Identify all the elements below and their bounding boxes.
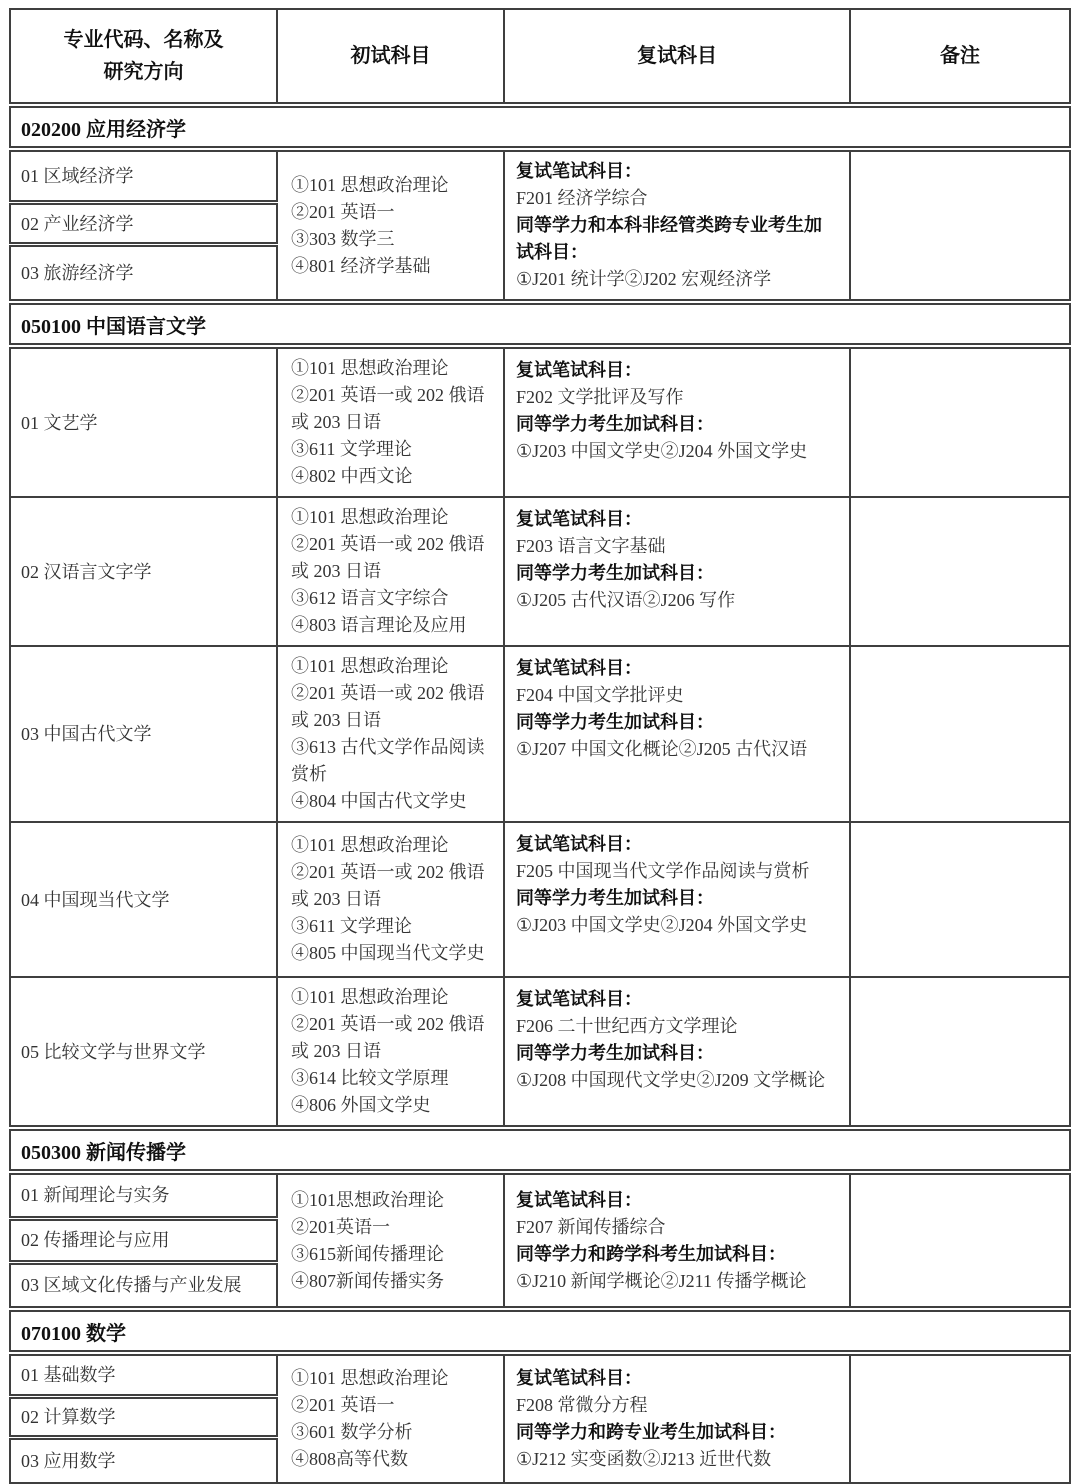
retest-written-label: 复试笔试科目： [516,831,839,858]
direction-cell: 02 计算数学 [10,1396,277,1437]
initial-subjects-cell: ①101 思想政治理论 ②201 英语一或 202 俄语或 203 日语 ③61… [277,977,504,1128]
subject-line: ④806 外国文学史 [291,1092,495,1119]
subject-line: ④803 语言理论及应用 [291,612,495,639]
retest-subjects-cell: 复试笔试科目： F205 中国现当代文学作品阅读与赏析 同等学力考生加试科目： … [504,822,850,977]
retest-addtest-label: 同等学力考生加试科目： [516,560,839,587]
initial-subjects-cell: ①101 思想政治理论 ②201 英语一或 202 俄语或 203 日语 ③61… [277,646,504,822]
section-title-mathematics: 070100 数学 [10,1309,1070,1353]
subject-line: ④802 中西文论 [291,463,495,490]
direction-cell: 02 传播理论与应用 [10,1218,277,1262]
retest-addtest-subjects: ①J205 古代汉语②J206 写作 [516,587,839,614]
retest-subjects-cell: 复试笔试科目： F204 中国文学批评史 同等学力考生加试科目： ①J207 中… [504,646,850,822]
table-row: 03 中国古代文学 ①101 思想政治理论 ②201 英语一或 202 俄语或 … [10,646,1070,822]
direction-cell: 01 新闻理论与实务 [10,1172,277,1218]
retest-addtest-label: 同等学力考生加试科目： [516,411,839,438]
header-major-line2: 研究方向 [12,56,275,88]
subject-line: ①101思想政治理论 [291,1187,495,1214]
initial-subjects-cell: ①101 思想政治理论 ②201 英语一 ③601 数学分析 ④808高等代数 [277,1353,504,1483]
subject-line: ③601 数学分析 [291,1419,495,1446]
retest-written-subject: F205 中国现当代文学作品阅读与赏析 [516,858,839,885]
retest-addtest-subjects: ①J207 中国文化概论②J205 古代汉语 [516,736,839,763]
subject-line: ②201 英语一或 202 俄语或 203 日语 [291,531,495,585]
exam-subjects-table: 专业代码、名称及 研究方向 初试科目 复试科目 备注 020200 应用经济学 … [9,8,1071,1484]
subject-line: ①101 思想政治理论 [291,355,495,382]
remark-cell [850,1353,1070,1483]
block-chinese-literature: 050100 中国语言文学 01 文艺学 ①101 思想政治理论 ②201 英语… [10,302,1070,1128]
retest-addtest-label: 同等学力和本科非经管类跨专业考生加试科目： [516,212,839,266]
subject-line: ③615新闻传播理论 [291,1241,495,1268]
retest-written-label: 复试笔试科目： [516,655,839,682]
initial-subjects-cell: ①101 思想政治理论 ②201 英语一或 202 俄语或 203 日语 ③61… [277,822,504,977]
section-title-literature: 050100 中国语言文学 [10,302,1070,346]
header-major-line1: 专业代码、名称及 [12,24,275,56]
remark-cell [850,1172,1070,1309]
retest-addtest-label: 同等学力考生加试科目： [516,885,839,912]
table-row: 01 新闻理论与实务 ①101思想政治理论 ②201英语一 ③615新闻传播理论… [10,1172,1070,1218]
table-row: 01 基础数学 ①101 思想政治理论 ②201 英语一 ③601 数学分析 ④… [10,1353,1070,1396]
section-title-economics: 020200 应用经济学 [10,105,1070,149]
block-mathematics: 070100 数学 01 基础数学 ①101 思想政治理论 ②201 英语一 ③… [10,1309,1070,1483]
retest-addtest-label: 同等学力考生加试科目： [516,1040,839,1067]
direction-cell: 01 基础数学 [10,1353,277,1396]
retest-written-label: 复试笔试科目： [516,986,839,1013]
subject-line: ①101 思想政治理论 [291,984,495,1011]
subject-line: ①101 思想政治理论 [291,1365,495,1392]
subject-line: ②201 英语一或 202 俄语或 203 日语 [291,680,495,734]
retest-addtest-subjects: ①J203 中国文学史②J204 外国文学史 [516,912,839,939]
direction-cell: 02 汉语言文字学 [10,497,277,646]
subject-line: ③614 比较文学原理 [291,1065,495,1092]
direction-cell: 01 文艺学 [10,346,277,497]
table-row: 05 比较文学与世界文学 ①101 思想政治理论 ②201 英语一或 202 俄… [10,977,1070,1128]
subject-line: ①101 思想政治理论 [291,832,495,859]
subject-line: ②201 英语一 [291,199,495,226]
direction-cell: 03 旅游经济学 [10,245,277,302]
subject-line: ③613 古代文学作品阅读赏析 [291,734,495,788]
retest-written-subject: F208 常微分方程 [516,1392,839,1419]
block-applied-economics: 020200 应用经济学 01 区域经济学 ①101 思想政治理论 ②201 英… [10,105,1070,302]
section-row-mathematics: 070100 数学 [10,1309,1070,1353]
subject-line: ④805 中国现当代文学史 [291,940,495,967]
retest-written-label: 复试笔试科目： [516,506,839,533]
table-row: 01 文艺学 ①101 思想政治理论 ②201 英语一或 202 俄语或 203… [10,346,1070,497]
retest-written-label: 复试笔试科目： [516,1365,839,1392]
retest-addtest-subjects: ①J212 实变函数②J213 近世代数 [516,1446,839,1473]
retest-subjects-cell: 复试笔试科目： F201 经济学综合 同等学力和本科非经管类跨专业考生加试科目：… [504,149,850,302]
retest-addtest-subjects: ①J210 新闻学概论②J211 传播学概论 [516,1268,839,1295]
retest-addtest-subjects: ①J203 中国文学史②J204 外国文学史 [516,438,839,465]
remark-cell [850,646,1070,822]
retest-subjects-cell: 复试笔试科目： F202 文学批评及写作 同等学力考生加试科目： ①J203 中… [504,346,850,497]
subject-line: ②201 英语一或 202 俄语或 203 日语 [291,859,495,913]
direction-cell: 05 比较文学与世界文学 [10,977,277,1128]
table-header: 专业代码、名称及 研究方向 初试科目 复试科目 备注 [10,9,1070,105]
subject-line: ③611 文学理论 [291,436,495,463]
retest-subjects-cell: 复试笔试科目： F203 语言文字基础 同等学力考生加试科目： ①J205 古代… [504,497,850,646]
retest-written-subject: F206 二十世纪西方文学理论 [516,1013,839,1040]
header-initial-subjects: 初试科目 [277,9,504,105]
direction-cell: 03 中国古代文学 [10,646,277,822]
subject-line: ③611 文学理论 [291,913,495,940]
retest-subjects-cell: 复试笔试科目： F206 二十世纪西方文学理论 同等学力考生加试科目： ①J20… [504,977,850,1128]
retest-addtest-label: 同等学力考生加试科目： [516,709,839,736]
remark-cell [850,822,1070,977]
direction-cell: 04 中国现当代文学 [10,822,277,977]
initial-subjects-cell: ①101 思想政治理论 ②201 英语一或 202 俄语或 203 日语 ③61… [277,346,504,497]
subject-line: ④801 经济学基础 [291,253,495,280]
remark-cell [850,346,1070,497]
retest-written-subject: F202 文学批评及写作 [516,384,839,411]
retest-written-label: 复试笔试科目： [516,158,839,185]
table-row: 02 汉语言文字学 ①101 思想政治理论 ②201 英语一或 202 俄语或 … [10,497,1070,646]
subject-line: ④808高等代数 [291,1446,495,1473]
subject-line: ④804 中国古代文学史 [291,788,495,815]
header-row: 专业代码、名称及 研究方向 初试科目 复试科目 备注 [10,9,1070,105]
subject-line: ③612 语言文字综合 [291,585,495,612]
retest-subjects-cell: 复试笔试科目： F208 常微分方程 同等学力和跨专业考生加试科目： ①J212… [504,1353,850,1483]
subject-line: ④807新闻传播实务 [291,1268,495,1295]
direction-cell: 03 区域文化传播与产业发展 [10,1262,277,1309]
subject-line: ②201 英语一或 202 俄语或 203 日语 [291,1011,495,1065]
retest-addtest-label: 同等学力和跨学科考生加试科目： [516,1241,839,1268]
header-remark: 备注 [850,9,1070,105]
initial-subjects-cell: ①101 思想政治理论 ②201 英语一 ③303 数学三 ④801 经济学基础 [277,149,504,302]
remark-cell [850,977,1070,1128]
remark-cell [850,149,1070,302]
subject-line: ②201英语一 [291,1214,495,1241]
document-page: 专业代码、名称及 研究方向 初试科目 复试科目 备注 020200 应用经济学 … [0,0,1080,1484]
retest-written-subject: F207 新闻传播综合 [516,1214,839,1241]
section-row-journalism: 050300 新闻传播学 [10,1128,1070,1172]
table-row: 01 区域经济学 ①101 思想政治理论 ②201 英语一 ③303 数学三 ④… [10,149,1070,203]
initial-subjects-cell: ①101 思想政治理论 ②201 英语一或 202 俄语或 203 日语 ③61… [277,497,504,646]
section-row-literature: 050100 中国语言文学 [10,302,1070,346]
header-retest-subjects: 复试科目 [504,9,850,105]
subject-line: ①101 思想政治理论 [291,653,495,680]
section-row-economics: 020200 应用经济学 [10,105,1070,149]
retest-subjects-cell: 复试笔试科目： F207 新闻传播综合 同等学力和跨学科考生加试科目： ①J21… [504,1172,850,1309]
retest-written-subject: F204 中国文学批评史 [516,682,839,709]
retest-addtest-subjects: ①J208 中国现代文学史②J209 文学概论 [516,1067,839,1094]
retest-written-subject: F201 经济学综合 [516,185,839,212]
direction-cell: 02 产业经济学 [10,203,277,245]
block-journalism: 050300 新闻传播学 01 新闻理论与实务 ①101思想政治理论 ②201英… [10,1128,1070,1309]
remark-cell [850,497,1070,646]
section-title-journalism: 050300 新闻传播学 [10,1128,1070,1172]
retest-written-label: 复试笔试科目： [516,357,839,384]
header-major-code: 专业代码、名称及 研究方向 [10,9,277,105]
retest-addtest-subjects: ①J201 统计学②J202 宏观经济学 [516,266,839,293]
subject-line: ②201 英语一或 202 俄语或 203 日语 [291,382,495,436]
retest-written-label: 复试笔试科目： [516,1187,839,1214]
initial-subjects-cell: ①101思想政治理论 ②201英语一 ③615新闻传播理论 ④807新闻传播实务 [277,1172,504,1309]
retest-written-subject: F203 语言文字基础 [516,533,839,560]
direction-cell: 01 区域经济学 [10,149,277,203]
subject-line: ②201 英语一 [291,1392,495,1419]
subject-line: ①101 思想政治理论 [291,172,495,199]
subject-line: ①101 思想政治理论 [291,504,495,531]
subject-line: ③303 数学三 [291,226,495,253]
table-row: 04 中国现当代文学 ①101 思想政治理论 ②201 英语一或 202 俄语或… [10,822,1070,977]
direction-cell: 03 应用数学 [10,1437,277,1483]
retest-addtest-label: 同等学力和跨专业考生加试科目： [516,1419,839,1446]
